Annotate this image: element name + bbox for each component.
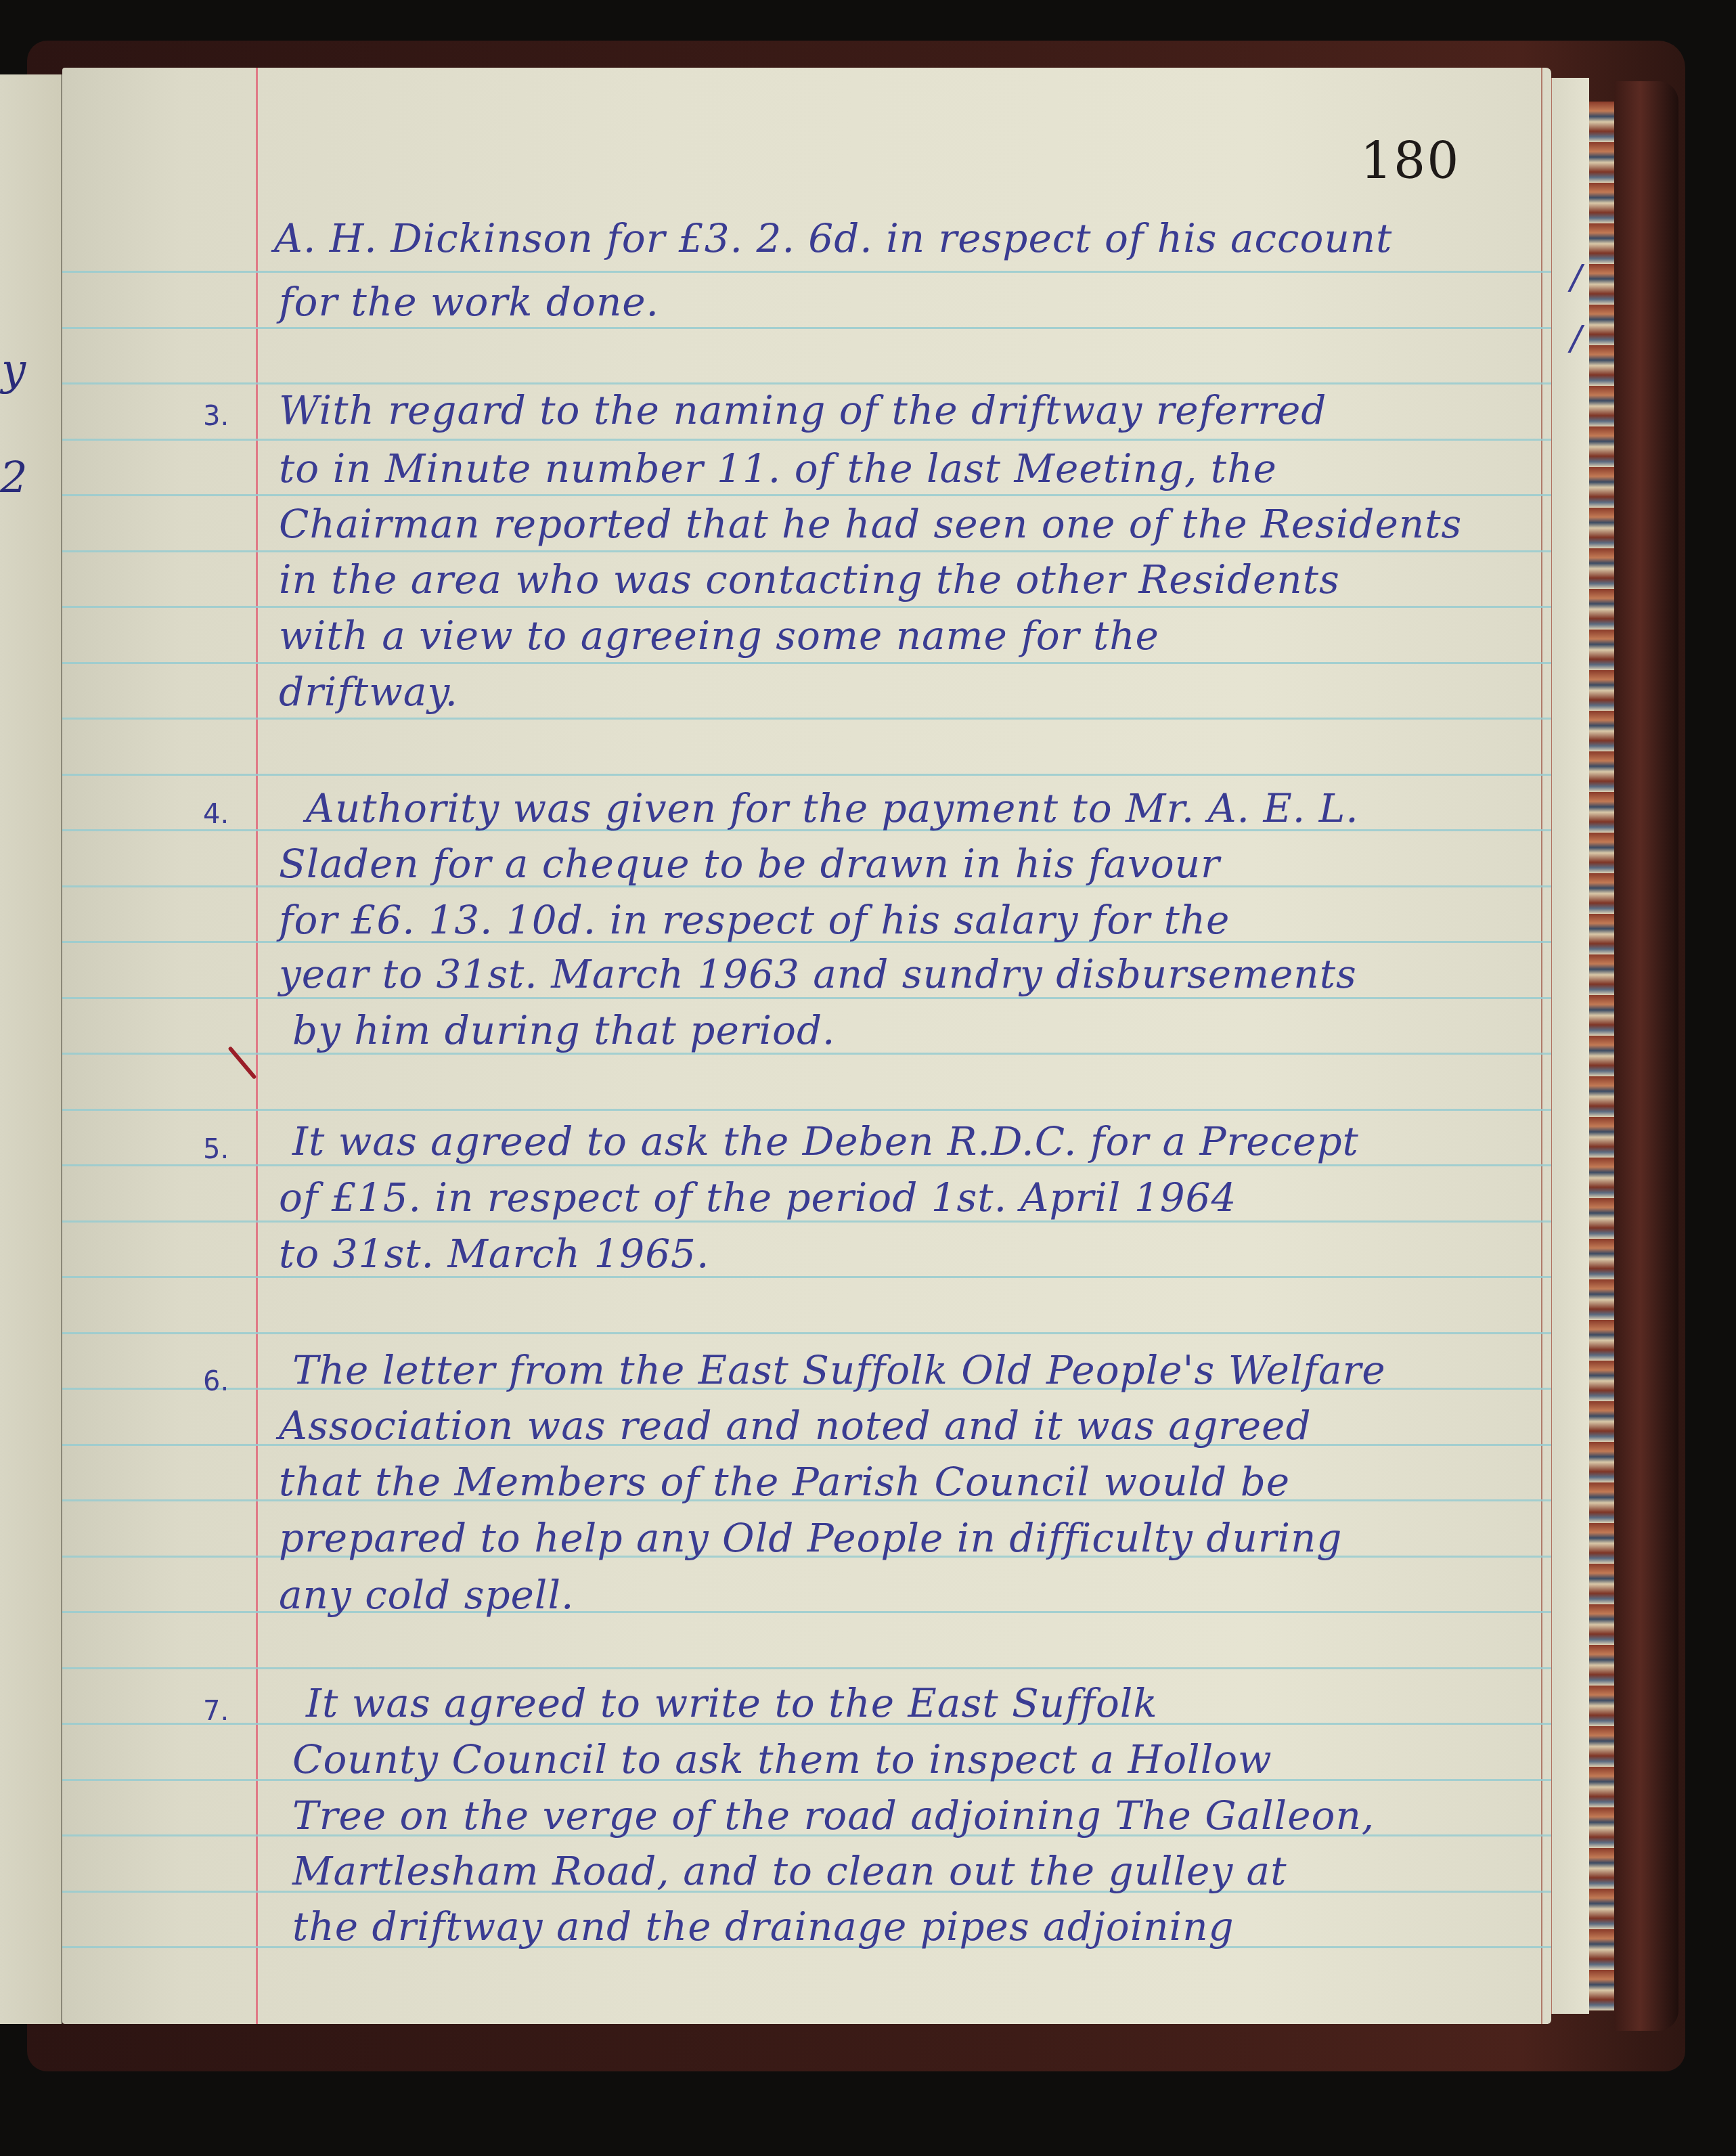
- entry-number: 6.: [203, 1366, 229, 1397]
- ruled-line: [62, 327, 1551, 329]
- ruled-line: [62, 550, 1551, 552]
- underlying-pages: [1551, 78, 1589, 2014]
- ruled-line: [62, 1164, 1551, 1166]
- entry-line: Chairman reported that he had seen one o…: [279, 501, 1462, 547]
- left-page: y 2: [0, 74, 62, 2024]
- entry-line: year to 31st. March 1963 and sundry disb…: [279, 951, 1357, 997]
- ruled-line: [62, 774, 1551, 776]
- entry-line: for £6. 13. 10d. in respect of his salar…: [279, 897, 1230, 943]
- entry-line: for the work done.: [279, 279, 659, 325]
- entry-line: with a view to agreeing some name for th…: [279, 613, 1159, 659]
- entry-line: prepared to help any Old People in diffi…: [279, 1515, 1343, 1561]
- marbled-page-edge: [1587, 102, 1614, 2010]
- entry-line: Sladen for a cheque to be drawn in his f…: [279, 841, 1220, 887]
- page-number: 180: [1360, 132, 1460, 190]
- entry-line: Association was read and noted and it wa…: [279, 1403, 1312, 1449]
- entry-line: The letter from the East Suffolk Old Peo…: [292, 1347, 1386, 1393]
- check-mark: /: [1570, 257, 1582, 296]
- ruled-line: [62, 439, 1551, 441]
- entry-line: to 31st. March 1965.: [279, 1231, 709, 1277]
- entry-line: of £15. in respect of the period 1st. Ap…: [279, 1174, 1237, 1220]
- entry-line: by him during that period.: [292, 1007, 836, 1053]
- entry-line: County Council to ask them to inspect a …: [292, 1736, 1272, 1782]
- margin-line: [256, 68, 258, 2024]
- entry-number: 3.: [203, 401, 229, 432]
- entry-line: any cold spell.: [279, 1572, 574, 1618]
- ruled-line: [62, 271, 1551, 273]
- entry-number: 5.: [203, 1134, 229, 1165]
- page-edge-line: [1541, 68, 1542, 2024]
- ruled-line: [62, 1332, 1551, 1334]
- entry-line: Martlesham Road, and to clean out the gu…: [292, 1848, 1287, 1894]
- cover-edge: [1614, 81, 1678, 2031]
- entry-line: With regard to the naming of the driftwa…: [279, 387, 1327, 433]
- entry-line: driftway.: [279, 669, 458, 715]
- entry-line: Authority was given for the payment to M…: [306, 785, 1359, 831]
- entry-line: to in Minute number 11. of the last Meet…: [279, 445, 1277, 491]
- entry-line: It was agreed to write to the East Suffo…: [306, 1680, 1158, 1726]
- entry-number: 4.: [203, 799, 229, 830]
- entry-line: It was agreed to ask the Deben R.D.C. fo…: [292, 1118, 1359, 1164]
- check-mark: /: [1570, 318, 1582, 357]
- ruled-line: [62, 494, 1551, 496]
- entry-line: A. H. Dickinson for £3. 2. 6d. in respec…: [274, 215, 1392, 261]
- left-page-mark: y: [1, 345, 26, 395]
- entry-number: 7.: [203, 1696, 229, 1727]
- ruled-line: [62, 606, 1551, 608]
- entry-line: in the area who was contacting the other…: [279, 556, 1340, 602]
- ruled-line: [62, 1667, 1551, 1669]
- entry-line: the driftway and the drainage pipes adjo…: [292, 1904, 1234, 1950]
- ruled-line: [62, 1109, 1551, 1111]
- entry-line: Tree on the verge of the road adjoining …: [292, 1792, 1375, 1839]
- left-page-mark: 2: [0, 454, 28, 504]
- ruled-line: [62, 662, 1551, 664]
- entry-line: that the Members of the Parish Council w…: [279, 1459, 1290, 1505]
- ruled-line: [62, 718, 1551, 720]
- ruled-line: [62, 382, 1551, 384]
